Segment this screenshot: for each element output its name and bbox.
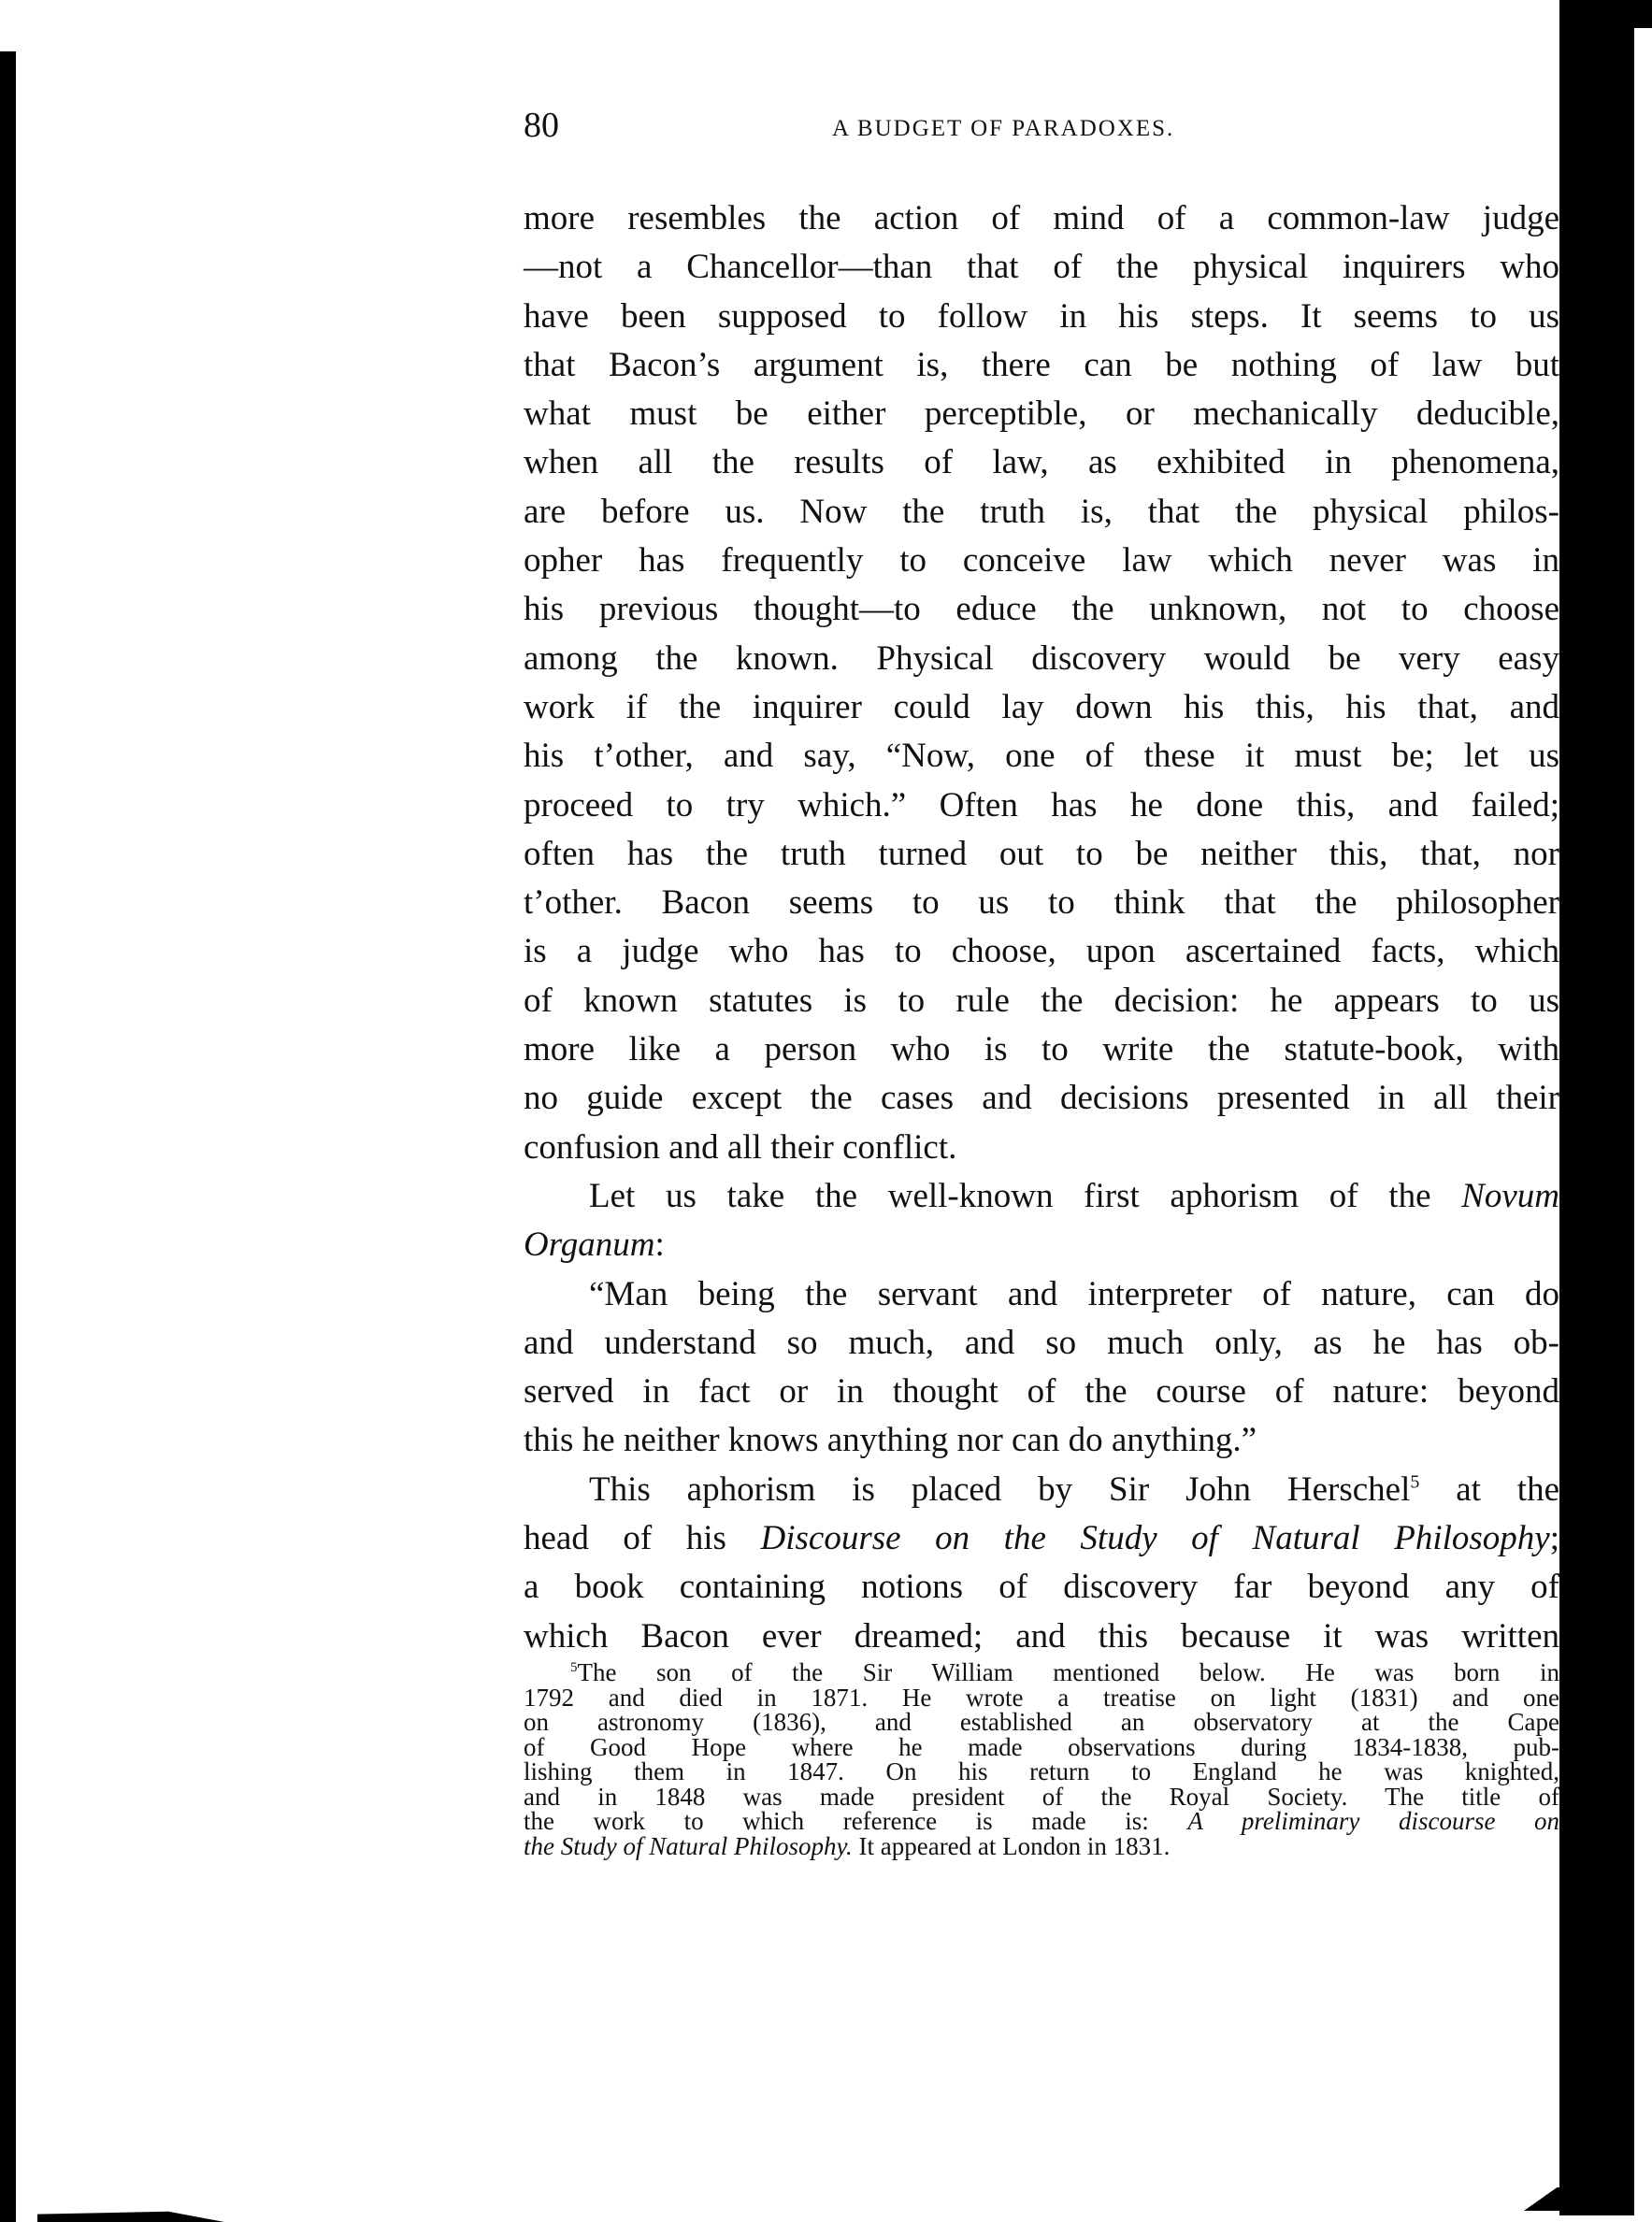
text-span: This aphorism is placed by Sir John Hers… (589, 1470, 1410, 1509)
text-line: proceed to try which.” Often has he done… (524, 781, 1559, 830)
footnote-line: and in 1848 was made president of the Ro… (524, 1785, 1559, 1810)
paragraph-line: which Bacon ever dreamed; and this becau… (524, 1613, 1559, 1661)
text-line: is a judge who has to choose, upon ascer… (524, 927, 1559, 976)
footnote-line: the work to which reference is made is: … (524, 1809, 1559, 1834)
text-line: that Bacon’s argument is, there can be n… (524, 341, 1559, 390)
footnote-line: the Study of Natural Philosophy. It appe… (524, 1834, 1559, 1859)
book-title: Organum (524, 1226, 654, 1264)
text-line: of known statutes is to rule the decisio… (524, 977, 1559, 1025)
text-line: what must be either perceptible, or mech… (524, 390, 1559, 438)
text-line: no guide except the cases and decisions … (524, 1074, 1559, 1123)
text-line: his t’other, and say, “Now, one of these… (524, 732, 1559, 781)
text-line: opher has frequently to conceive law whi… (524, 537, 1559, 585)
text-span: at the (1419, 1470, 1559, 1509)
text-line: his previous thought—to educe the unknow… (524, 585, 1559, 634)
text-span: ; (1550, 1519, 1559, 1557)
quote-line: “Man being the servant and interpreter o… (524, 1270, 1559, 1319)
text-span: The son of the Sir William mentioned bel… (578, 1658, 1560, 1686)
quote-line: this he neither knows anything nor can d… (524, 1416, 1559, 1465)
paragraph-line: Let us take the well-known first aphoris… (524, 1172, 1559, 1221)
footnote-line: on astronomy (1836), and established an … (524, 1710, 1559, 1735)
text-span: Let us take the well-known first aphoris… (589, 1177, 1461, 1215)
book-title: the Study of Natural Philosophy. (524, 1832, 853, 1860)
quote-line: served in fact or in thought of the cour… (524, 1368, 1559, 1416)
paragraph-line: This aphorism is placed by Sir John Hers… (524, 1466, 1559, 1514)
text-line: work if the inquirer could lay down his … (524, 683, 1559, 732)
paragraph-line: head of his Discourse on the Study of Na… (524, 1514, 1559, 1563)
footnote-ref[interactable]: 5 (1410, 1471, 1419, 1492)
text-line: confusion and all their conflict. (524, 1124, 1559, 1172)
text-line: when all the results of law, as exhibite… (524, 438, 1559, 487)
text-line: t’other. Bacon seems to us to think that… (524, 879, 1559, 927)
paragraph-line: a book containing notions of discovery f… (524, 1563, 1559, 1612)
text-line: more like a person who is to write the s… (524, 1025, 1559, 1074)
text-line: often has the truth turned out to be nei… (524, 830, 1559, 879)
book-title: Discourse on the Study of Natural Philos… (761, 1519, 1550, 1557)
text-line: more resembles the action of mind of a c… (524, 194, 1559, 243)
scan-bottom-edge (37, 2209, 224, 2222)
scan-left-edge (0, 51, 16, 2222)
book-title: A preliminary discourse on (1187, 1807, 1559, 1835)
paragraph-line: Organum: (524, 1221, 1559, 1269)
footnote-line: 1792 and died in 1871. He wrote a treati… (524, 1685, 1559, 1711)
running-title: A BUDGET OF PARADOXES. (832, 116, 1174, 142)
text-span: head of his (524, 1519, 761, 1557)
footnote-line: lishing them in 1847. On his return to E… (524, 1759, 1559, 1785)
page-number: 80 (524, 105, 559, 146)
footnote-line: of Good Hope where he made observations … (524, 1735, 1559, 1760)
quote-line: and understand so much, and so much only… (524, 1319, 1559, 1368)
body-text: more resembles the action of mind of a c… (524, 194, 1559, 1661)
text-span: It appeared at London in 1831. (853, 1832, 1171, 1860)
scan-right-edge-bottom (1524, 2187, 1634, 2211)
text-line: are before us. Now the truth is, that th… (524, 488, 1559, 537)
text-span: : (654, 1226, 664, 1264)
text-line: —not a Chancellor—than that of the physi… (524, 243, 1559, 292)
text-line: among the known. Physical discovery woul… (524, 635, 1559, 683)
page-header: 80 A BUDGET OF PARADOXES. (524, 105, 1552, 151)
text-line: have been supposed to follow in his step… (524, 293, 1559, 341)
footnote-marker: 5 (570, 1660, 578, 1675)
text-span: the work to which reference is made is: (524, 1807, 1187, 1835)
scan-right-edge (1559, 0, 1634, 2215)
footnote-line: 5The son of the Sir William mentioned be… (524, 1660, 1559, 1685)
book-title: Novum (1461, 1177, 1559, 1215)
footnotes: 5The son of the Sir William mentioned be… (524, 1660, 1559, 1858)
